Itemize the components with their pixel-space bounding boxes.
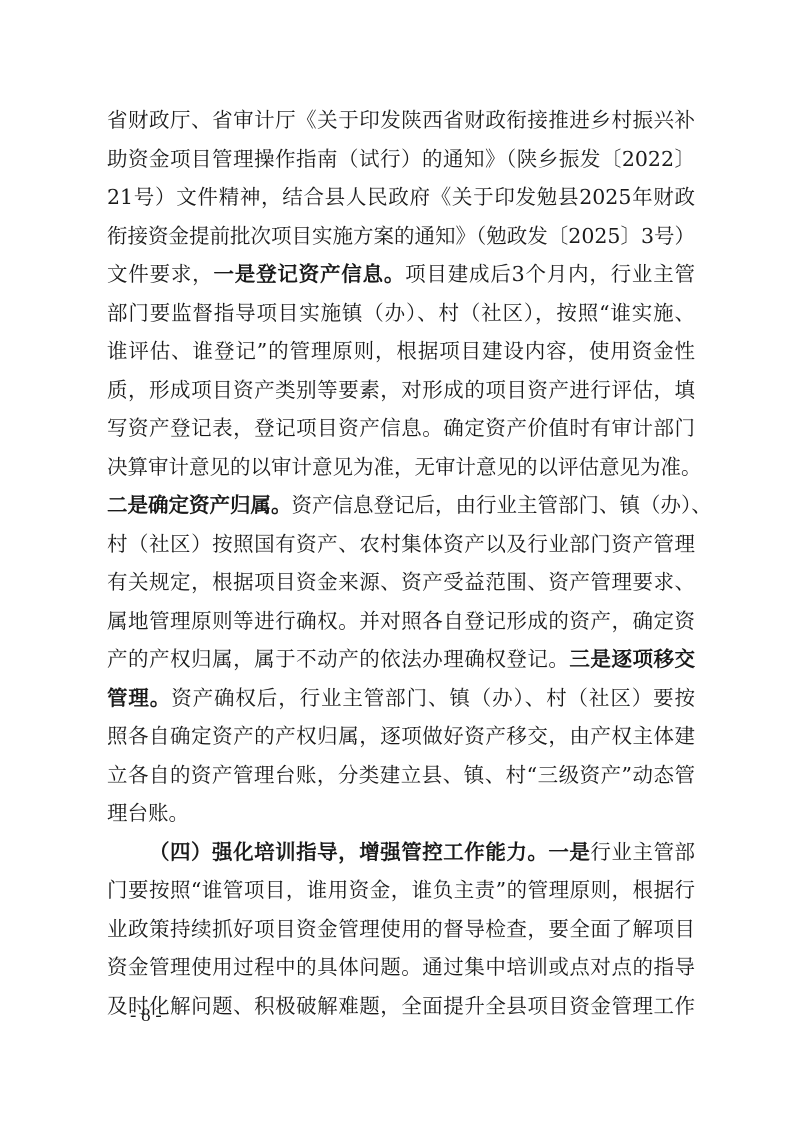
text-line: 及时化解问题、积极破解难题，全面提升全县项目资金管理工作 [107,987,695,1026]
text-line: 谁评估、谁登记”的管理原则，根据项目建设内容，使用资金性 [107,332,695,371]
text-line: 决算审计意见的以审计意见为准，无审计意见的以评估意见为准。 [107,448,695,487]
body-text: 质，形成项目资产类别等要素，对形成的项目资产进行评估，填 [107,378,695,402]
text-line: 21号）文件精神，结合县人民政府《关于印发勉县2025年财政 [107,178,695,217]
bold-emphasis-text: （四）强化培训指导，增强管控工作能力。一是 [149,840,590,864]
text-line: 部门要监督指导项目实施镇（办）、村（社区），按照“谁实施、 [107,294,695,333]
body-text: 助资金项目管理操作指南（试行）的通知》（陕乡振发〔2022〕 [107,147,695,171]
text-line: 省财政厅、省审计厅《关于印发陕西省财政衔接推进乡村振兴补 [107,101,695,140]
body-text: 21号）文件精神，结合县人民政府《关于印发勉县2025年财政 [107,185,695,209]
body-text: 衔接资金提前批次项目实施方案的通知》（勉政发〔2025〕3号） [107,224,695,248]
text-line: 资金管理使用过程中的具体问题。通过集中培训或点对点的指导 [107,948,695,987]
body-text: 理台账。 [107,801,189,825]
body-text: 照各自确定资产的产权归属，逐项做好资产移交，由产权主体建 [107,724,695,748]
body-text: 资产信息登记后，由行业主管部门、镇（办）、 [292,493,712,517]
body-text: 立各自的资产管理台账，分类建立县、镇、村“三级资产”动态管 [107,763,695,787]
text-line: 写资产登记表，登记项目资产信息。确定资产价值时有审计部门 [107,409,695,448]
body-text: 文件要求， [107,262,213,286]
body-text: 省财政厅、省审计厅《关于印发陕西省财政衔接推进乡村振兴补 [107,108,695,132]
body-text: 写资产登记表，登记项目资产信息。确定资产价值时有审计部门 [107,416,695,440]
body-text: 属地管理原则等进行确权。并对照各自登记形成的资产，确定资 [107,609,695,633]
body-text: 村（社区）按照国有资产、农村集体资产以及行业部门资产管理 [107,532,695,556]
bold-emphasis-text: 一是登记资产信息。 [213,262,405,286]
text-line: 产的产权归属，属于不动产的依法办理确权登记。三是逐项移交 [107,640,695,679]
body-text: 及时化解问题、积极破解难题，全面提升全县项目资金管理工作 [107,994,695,1018]
body-text: 资金管理使用过程中的具体问题。通过集中培训或点对点的指导 [107,955,695,979]
body-text: 门要按照“谁管项目，谁用资金，谁负主责”的管理原则，根据行 [107,878,695,902]
bold-emphasis-text: 管理。 [107,686,171,710]
body-text: 部门要监督指导项目实施镇（办）、村（社区），按照“谁实施、 [107,301,695,325]
text-line: 有关规定，根据项目资金来源、资产受益范围、资产管理要求、 [107,563,695,602]
text-line: 理台账。 [107,794,695,833]
body-text: 谁评估、谁登记”的管理原则，根据项目建设内容，使用资金性 [107,339,695,363]
body-text: 有关规定，根据项目资金来源、资产受益范围、资产管理要求、 [107,570,695,594]
text-line: 业政策持续抓好项目资金管理使用的督导检查，要全面了解项目 [107,910,695,949]
text-line: 立各自的资产管理台账，分类建立县、镇、村“三级资产”动态管 [107,756,695,795]
body-text: 决算审计意见的以审计意见为准，无审计意见的以评估意见为准。 [107,455,702,479]
body-text: 项目建成后3个月内，行业主管 [405,262,695,286]
text-line: 文件要求，一是登记资产信息。项目建成后3个月内，行业主管 [107,255,695,294]
text-line: 衔接资金提前批次项目实施方案的通知》（勉政发〔2025〕3号） [107,217,695,256]
body-text: 资产确权后，行业主管部门、镇（办）、村（社区）要按 [171,686,695,710]
page-number: - 8 - [130,1005,162,1027]
text-line: 属地管理原则等进行确权。并对照各自登记形成的资产，确定资 [107,602,695,641]
text-line: 二是确定资产归属。资产信息登记后，由行业主管部门、镇（办）、 [107,486,695,525]
bold-emphasis-text: 二是确定资产归属。 [107,493,292,517]
text-line: 门要按照“谁管项目，谁用资金，谁负主责”的管理原则，根据行 [107,871,695,910]
text-line: 村（社区）按照国有资产、农村集体资产以及行业部门资产管理 [107,525,695,564]
text-line: 管理。资产确权后，行业主管部门、镇（办）、村（社区）要按 [107,679,695,718]
document-body: 省财政厅、省审计厅《关于印发陕西省财政衔接推进乡村振兴补助资金项目管理操作指南（… [107,101,695,1025]
text-line: 照各自确定资产的产权归属，逐项做好资产移交，由产权主体建 [107,717,695,756]
text-line: 助资金项目管理操作指南（试行）的通知》（陕乡振发〔2022〕 [107,140,695,179]
paragraph-heading-line: （四）强化培训指导，增强管控工作能力。一是行业主管部 [107,833,695,872]
bold-emphasis-text: 三是逐项移交 [569,647,695,671]
text-line: 质，形成项目资产类别等要素，对形成的项目资产进行评估，填 [107,371,695,410]
body-text: 行业主管部 [590,840,695,864]
body-text: 业政策持续抓好项目资金管理使用的督导检查，要全面了解项目 [107,917,695,941]
body-text: 产的产权归属，属于不动产的依法办理确权登记。 [107,647,569,671]
